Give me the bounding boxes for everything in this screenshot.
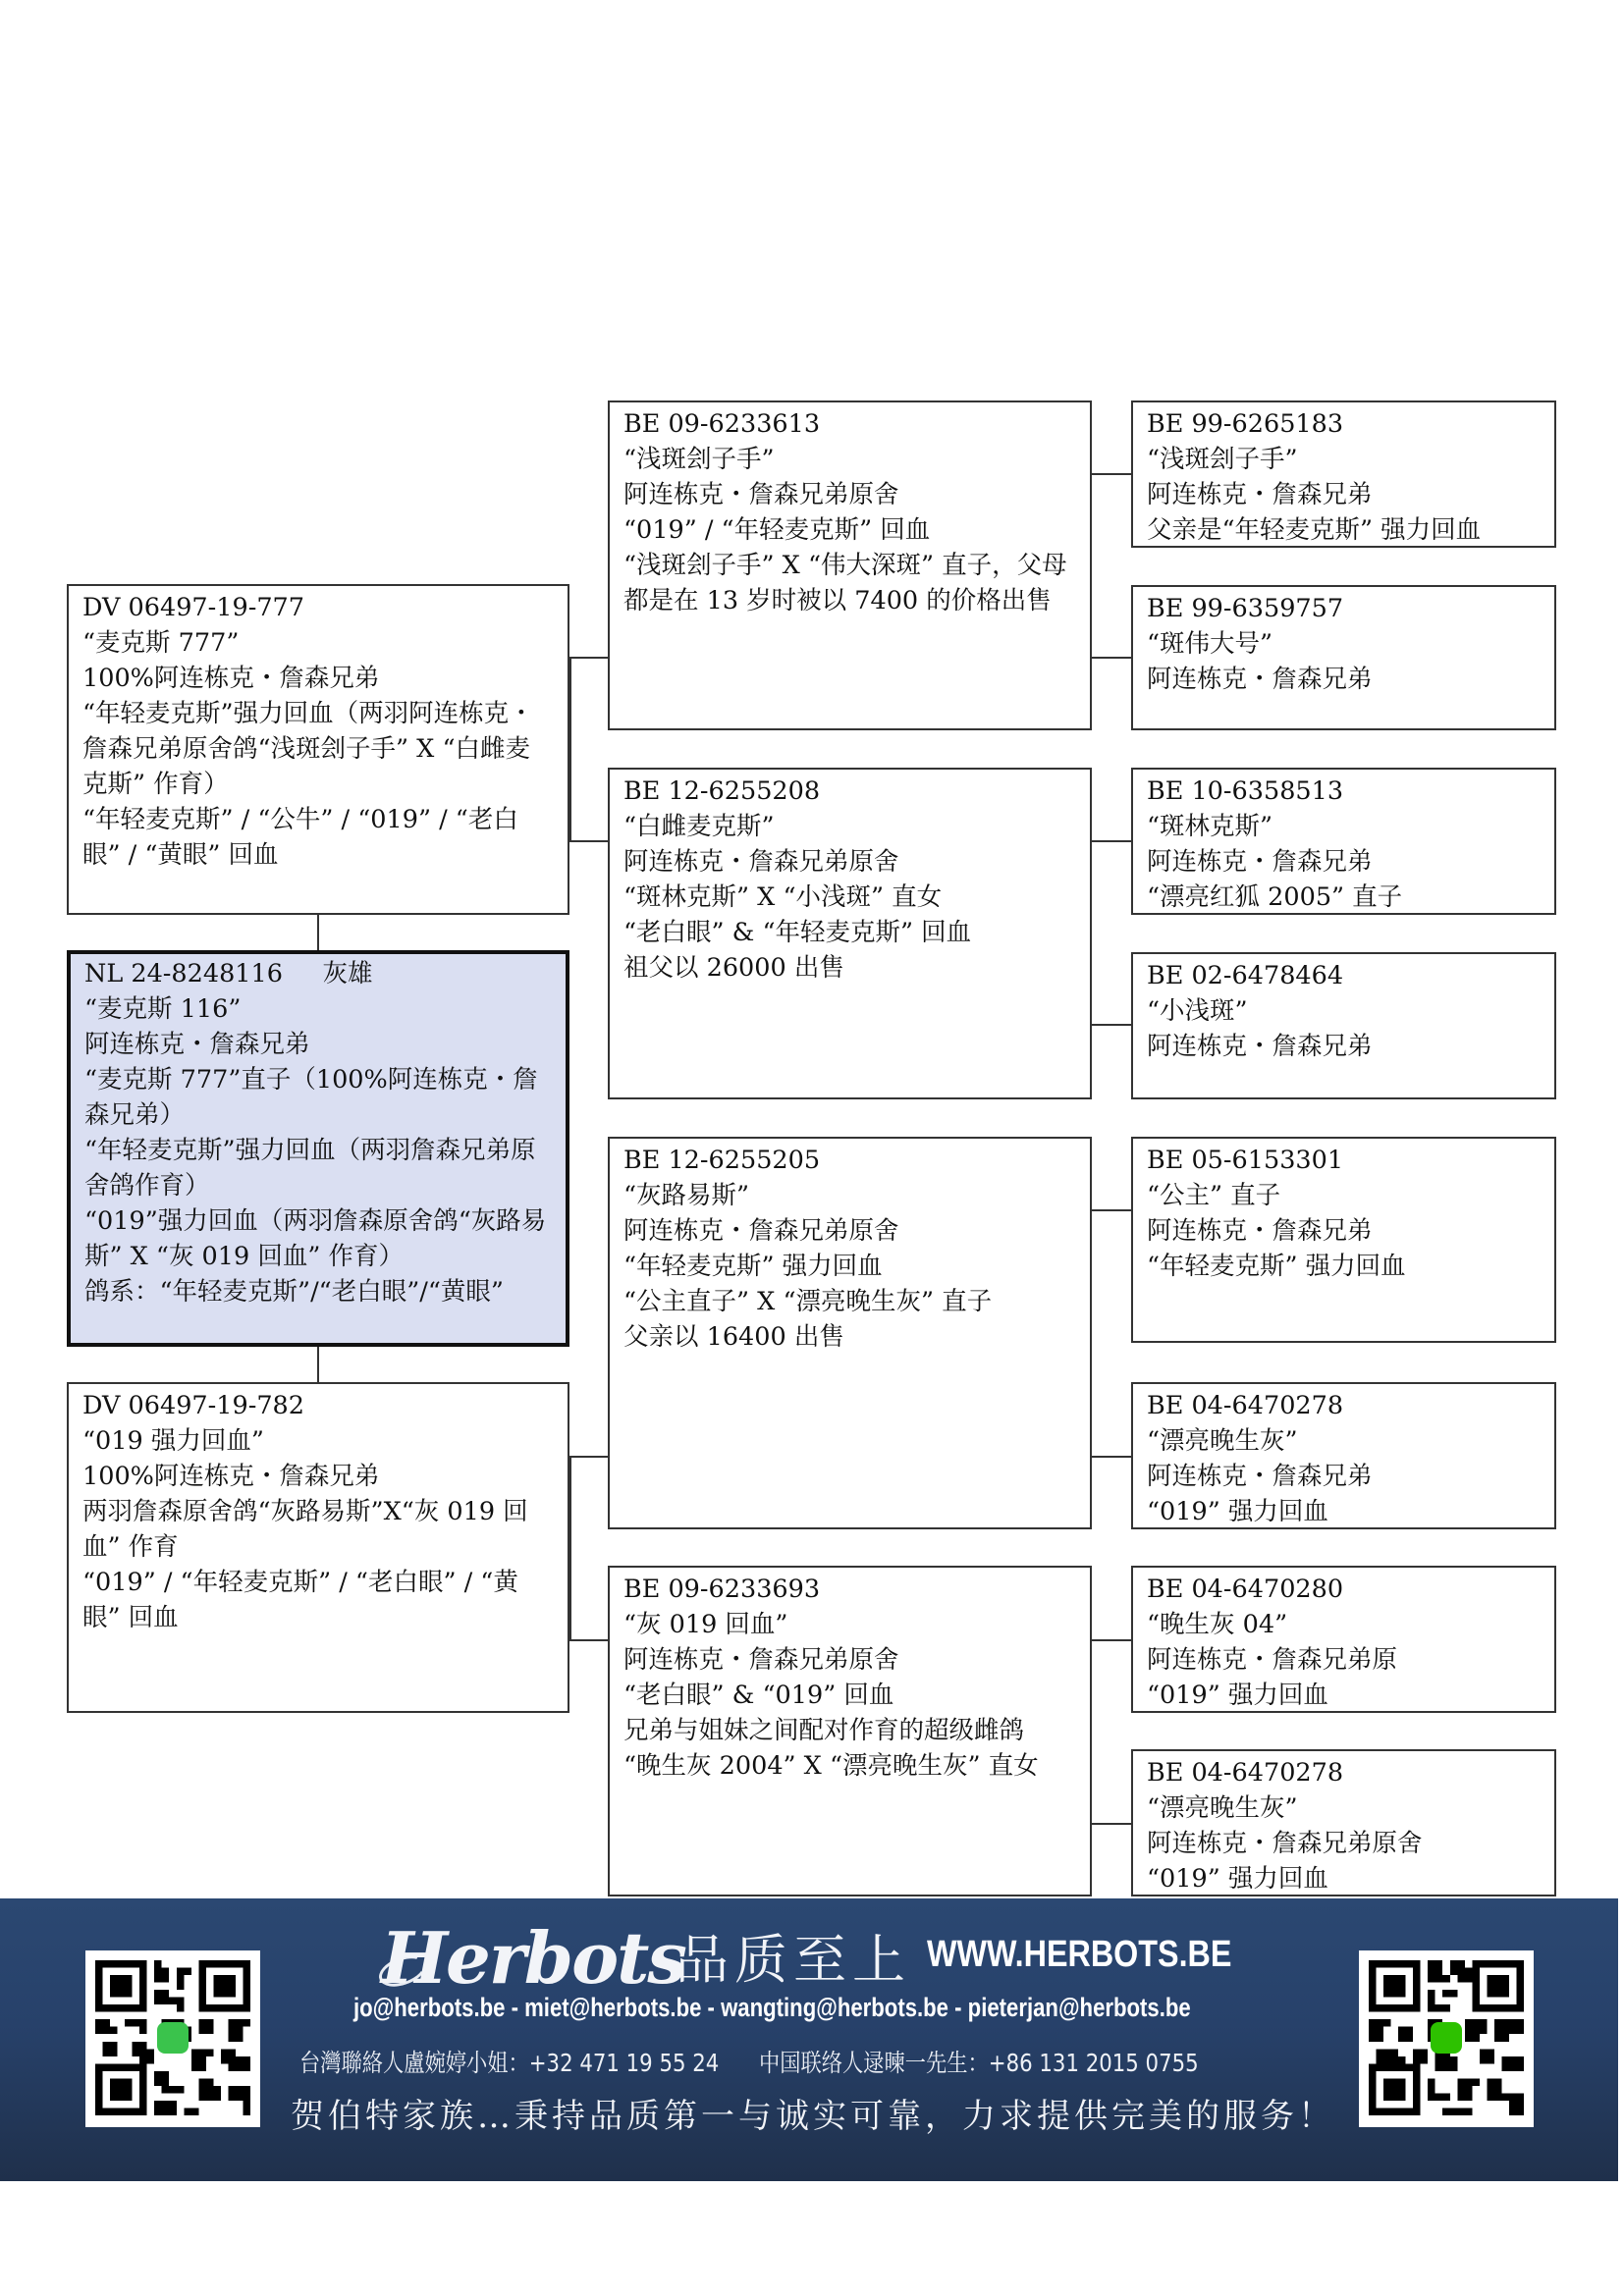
motto: 贺伯特家族…秉持品质第一与诚实可靠，力求提供完美的服务！ [291, 2089, 1335, 2137]
connector [1092, 840, 1131, 842]
sire-card: DV 06497-19-777 “麦克斯 777” 100%阿连栋克・詹森兄弟 … [67, 584, 569, 915]
great-grandparent-card: BE 04-6470280 “晚生灰 04” 阿连栋克・詹森兄弟原 “019” … [1131, 1566, 1556, 1713]
ring-number: BE 02-6478464 [1147, 958, 1541, 993]
connector [1092, 473, 1131, 475]
connector [1092, 1823, 1131, 1825]
breeder: 阿连栋克・詹森兄弟 [84, 1027, 552, 1062]
description: “浅斑刽子手” X “伟大深斑” 直子，父母都是在 13 岁时被以 7400 的… [623, 548, 1076, 618]
pigeon-name: “漂亮晚生灰” [1147, 1790, 1541, 1826]
breeder: 100%阿连栋克・詹森兄弟 [82, 1459, 554, 1494]
breeder: 阿连栋克・詹森兄弟 [1147, 1459, 1541, 1494]
breeder: 阿连栋克・詹森兄弟原舍 [623, 1642, 1076, 1678]
description: 两羽詹森原舍鸽“灰路易斯”X“灰 019 回血” 作育 [82, 1494, 554, 1565]
pigeon-name: “小浅斑” [1147, 993, 1541, 1029]
ring-number: BE 99-6359757 [1147, 591, 1541, 626]
connector [317, 915, 319, 950]
ring-number: DV 06497-19-777 [82, 590, 554, 625]
pigeon-name: “麦克斯 777” [82, 625, 554, 661]
ring-number: DV 06497-19-782 [82, 1388, 554, 1423]
description: “年轻麦克斯”强力回血（两羽阿连栋克・詹森兄弟原舍鸽“浅斑刽子手” X “白雌麦… [82, 696, 554, 802]
description: “晚生灰 2004” X “漂亮晚生灰” 直女 [623, 1748, 1076, 1784]
description: 兄弟与姐妹之间配对作育的超级雌鸽 [623, 1713, 1076, 1748]
pigeon-name: “019 强力回血” [82, 1423, 554, 1459]
breeder: 阿连栋克・詹森兄弟原舍 [623, 477, 1076, 512]
grandparent-card: BE 09-6233693 “灰 019 回血” 阿连栋克・詹森兄弟原舍 “老白… [608, 1566, 1092, 1896]
breeder: 阿连栋克・詹森兄弟原舍 [623, 1213, 1076, 1249]
connector [569, 657, 608, 659]
breeder: 阿连栋克・詹森兄弟 [1147, 844, 1541, 880]
ring-number: BE 99-6265183 [1147, 406, 1541, 442]
pigeon-name: “白雌麦克斯” [623, 809, 1076, 844]
ring-number: BE 04-6470278 [1147, 1388, 1541, 1423]
connector [1092, 1024, 1131, 1026]
description: “019”强力回血（两羽詹森原舍鸽“灰路易斯” X “灰 019 回血” 作育） [84, 1203, 552, 1274]
pigeon-name: “浅斑刽子手” [623, 442, 1076, 477]
breeder: 100%阿连栋克・詹森兄弟 [82, 661, 554, 696]
ring-number: BE 12-6255208 [623, 774, 1076, 809]
great-grandparent-card: BE 04-6470278 “漂亮晚生灰” 阿连栋克・詹森兄弟原舍 “019” … [1131, 1749, 1556, 1896]
description: “公主直子” X “漂亮晚生灰” 直子 [623, 1284, 1076, 1319]
description: “019” / “年轻麦克斯” / “老白眼” / “黄眼” 回血 [82, 1565, 554, 1635]
description: “019” / “年轻麦克斯” 回血 [623, 512, 1076, 548]
description: “019” 强力回血 [1147, 1678, 1541, 1713]
pigeon-name: “灰 019 回血” [623, 1607, 1076, 1642]
connector [569, 1639, 608, 1641]
grandparent-card: BE 12-6255205 “灰路易斯” 阿连栋克・詹森兄弟原舍 “年轻麦克斯”… [608, 1137, 1092, 1529]
wechat-qr-code[interactable] [1359, 1950, 1534, 2127]
pigeon-name: “公主” 直子 [1147, 1178, 1541, 1213]
great-grandparent-card: BE 10-6358513 “斑林克斯” 阿连栋克・詹森兄弟 “漂亮红狐 200… [1131, 768, 1556, 915]
description: “年轻麦克斯” 强力回血 [1147, 1249, 1541, 1284]
ring-number: BE 12-6255205 [623, 1143, 1076, 1178]
subject-card: NL 24-8248116 灰雄 “麦克斯 116” 阿连栋克・詹森兄弟 “麦克… [67, 950, 569, 1347]
connector [1092, 1639, 1131, 1641]
description: 父亲以 16400 出售 [623, 1319, 1076, 1355]
description: “019” 强力回血 [1147, 1861, 1541, 1896]
bloodline: 鸽系：“年轻麦克斯”/“老白眼”/“黄眼” [84, 1274, 552, 1309]
breeder: 阿连栋克・詹森兄弟 [1147, 662, 1541, 697]
description: 父亲是“年轻麦克斯” 强力回血 [1147, 512, 1541, 548]
great-grandparent-card: BE 05-6153301 “公主” 直子 阿连栋克・詹森兄弟 “年轻麦克斯” … [1131, 1137, 1556, 1343]
dam-card: DV 06497-19-782 “019 强力回血” 100%阿连栋克・詹森兄弟… [67, 1382, 569, 1713]
ring-number: BE 05-6153301 [1147, 1143, 1541, 1178]
breeder: 阿连栋克・詹森兄弟原舍 [1147, 1826, 1541, 1861]
line-qr-code[interactable] [85, 1950, 260, 2127]
description: “年轻麦克斯” 强力回血 [623, 1249, 1076, 1284]
line-icon [157, 2022, 189, 2054]
breeder: 阿连栋克・詹森兄弟 [1147, 1029, 1541, 1064]
great-grandparent-card: BE 04-6470278 “漂亮晚生灰” 阿连栋克・詹森兄弟 “019” 强力… [1131, 1382, 1556, 1529]
email-list[interactable]: jo@herbots.be - miet@herbots.be - wangti… [353, 1993, 1191, 2023]
pigeon-name: “灰路易斯” [623, 1178, 1076, 1213]
connector [569, 1456, 608, 1458]
description: “漂亮红狐 2005” 直子 [1147, 880, 1541, 915]
description: “年轻麦克斯” / “公牛” / “019” / “老白眼” / “黄眼” 回血 [82, 802, 554, 873]
breeder: 阿连栋克・詹森兄弟 [1147, 477, 1541, 512]
great-grandparent-card: BE 02-6478464 “小浅斑” 阿连栋克・詹森兄弟 [1131, 952, 1556, 1099]
pigeon-name: “漂亮晚生灰” [1147, 1423, 1541, 1459]
description: “老白眼” & “019” 回血 [623, 1678, 1076, 1713]
slogan: 品质至上 [676, 1918, 911, 1994]
contact-taiwan: 台灣聯絡人盧婉婷小姐：+32 471 19 55 24 [299, 2049, 719, 2077]
ring-number: BE 09-6233613 [623, 406, 1076, 442]
grandparent-card: BE 12-6255208 “白雌麦克斯” 阿连栋克・詹森兄弟原舍 “斑林克斯”… [608, 768, 1092, 1099]
pigeon-name: “浅斑刽子手” [1147, 442, 1541, 477]
wechat-icon [1431, 2022, 1462, 2054]
description: 祖父以 26000 出售 [623, 950, 1076, 986]
connector [1092, 657, 1131, 659]
connector [317, 1347, 319, 1382]
herbots-logo: Herbots [381, 1916, 685, 2000]
contact-china: 中国联络人逯暕一先生：+86 131 2015 0755 [759, 2049, 1199, 2077]
website-link[interactable]: WWW.HERBOTS.BE [927, 1934, 1231, 1976]
description: “麦克斯 777”直子（100%阿连栋克・詹森兄弟） [84, 1062, 552, 1133]
pigeon-name: “斑伟大号” [1147, 626, 1541, 662]
great-grandparent-card: BE 99-6265183 “浅斑刽子手” 阿连栋克・詹森兄弟 父亲是“年轻麦克… [1131, 400, 1556, 548]
connector [1092, 1456, 1131, 1458]
great-grandparent-card: BE 99-6359757 “斑伟大号” 阿连栋克・詹森兄弟 [1131, 585, 1556, 730]
connector [569, 840, 608, 842]
ring-number: BE 09-6233693 [623, 1572, 1076, 1607]
description: “019” 强力回血 [1147, 1494, 1541, 1529]
connector [1092, 1209, 1131, 1211]
contact-info: 台灣聯絡人盧婉婷小姐：+32 471 19 55 24 中国联络人逯暕一先生：+… [299, 2044, 1232, 2079]
description: “老白眼” & “年轻麦克斯” 回血 [623, 915, 1076, 950]
description: “年轻麦克斯”强力回血（两羽詹森兄弟原舍鸽作育） [84, 1133, 552, 1203]
ring-number: BE 04-6470278 [1147, 1755, 1541, 1790]
connector [569, 1456, 571, 1641]
ring-number: NL 24-8248116 灰雄 [84, 956, 552, 991]
breeder: 阿连栋克・詹森兄弟 [1147, 1213, 1541, 1249]
connector [569, 657, 571, 842]
pigeon-name: “麦克斯 116” [84, 991, 552, 1027]
ring-number: BE 10-6358513 [1147, 774, 1541, 809]
breeder: 阿连栋克・詹森兄弟原舍 [623, 844, 1076, 880]
breeder: 阿连栋克・詹森兄弟原 [1147, 1642, 1541, 1678]
footer-banner: Herbots 品质至上 WWW.HERBOTS.BE jo@herbots.b… [0, 1898, 1618, 2181]
pigeon-name: “斑林克斯” [1147, 809, 1541, 844]
pigeon-name: “晚生灰 04” [1147, 1607, 1541, 1642]
ring-number: BE 04-6470280 [1147, 1572, 1541, 1607]
grandparent-card: BE 09-6233613 “浅斑刽子手” 阿连栋克・詹森兄弟原舍 “019” … [608, 400, 1092, 730]
description: “斑林克斯” X “小浅斑” 直女 [623, 880, 1076, 915]
